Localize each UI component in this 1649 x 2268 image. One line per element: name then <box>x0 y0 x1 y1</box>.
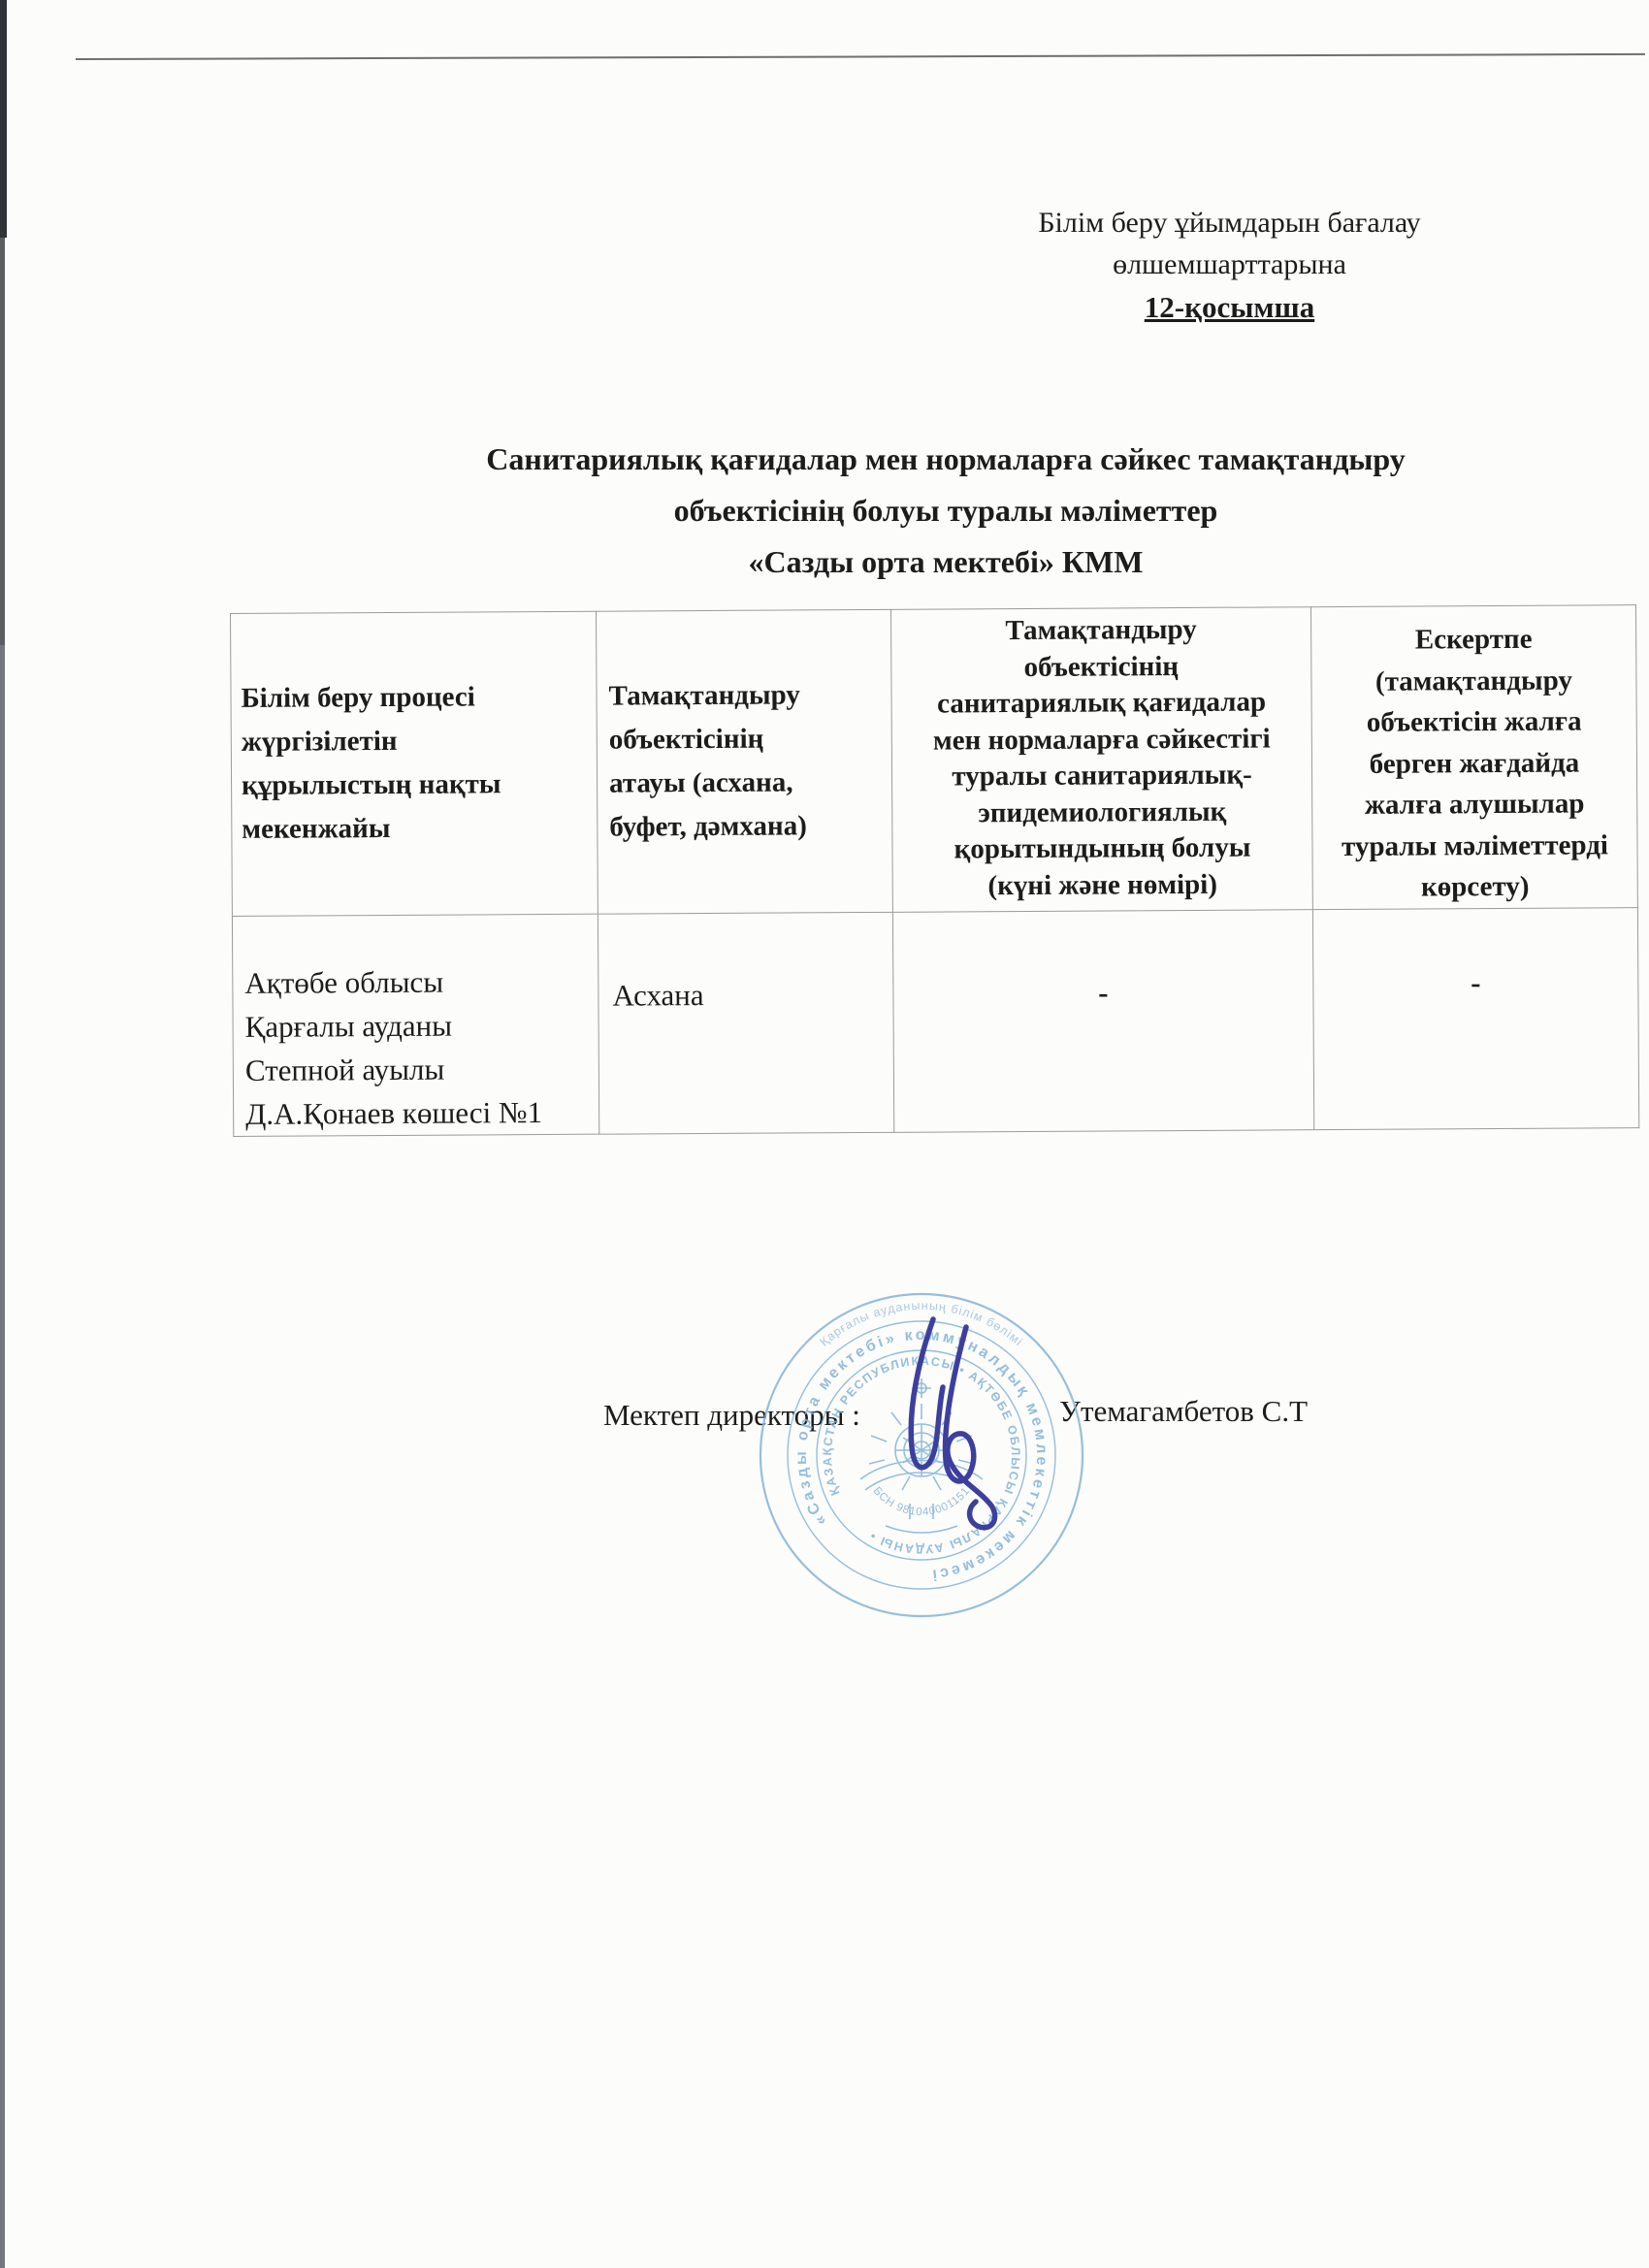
header-sanitary-conclusion: Тамақтандыру объектісінің санитариялық қ… <box>890 607 1312 912</box>
cell-sanitary-conclusion: - <box>892 909 1313 1132</box>
scan-left-edge-dark <box>0 0 7 238</box>
stamp-and-signature-area: Қарғалы ауданының білім бөлімі «Сазды ор… <box>752 1285 1140 1625</box>
appendix-number: 12-қосымша <box>1009 286 1450 328</box>
official-stamp-icon: Қарғалы ауданының білім бөлімі «Сазды ор… <box>760 1294 1083 1616</box>
table-header-row: Білім беру процесі жүргізілетін құрылыст… <box>231 605 1638 916</box>
table-row: Ақтөбе облысы Қарғалы ауданы Степной ауы… <box>232 907 1638 1136</box>
stamp-bin-text: БСН 981040001151 <box>871 1485 973 1518</box>
catering-info-table: Білім беру процесі жүргізілетін құрылыст… <box>230 604 1639 1136</box>
title-line1: Санитариялық қағидалар мен нормаларға сә… <box>242 434 1649 485</box>
header-facility-name: Тамақтандыру объектісінің атауы (асхана,… <box>596 609 892 913</box>
scan-left-edge-mid <box>0 238 5 645</box>
cell-facility-name: Асхана <box>598 912 893 1134</box>
title-line3-school-name: «Сазды орта мектебі» КММ <box>242 536 1649 588</box>
catering-info-table-wrap: Білім беру процесі жүргізілетін құрылыст… <box>230 604 1639 1136</box>
scan-top-page-edge-line <box>76 53 1645 60</box>
header-note: Ескертпе (тамақтандыру объектісін жалға … <box>1310 605 1637 910</box>
header-address: Білім беру процесі жүргізілетін құрылыст… <box>231 611 598 916</box>
title-line2: объектісінің болуы туралы мәліметтер <box>242 485 1649 536</box>
appendix-note-line2: өлшемшарттарына <box>1009 243 1450 285</box>
appendix-note-line1: Білім беру ұйымдарын бағалау <box>1009 202 1450 243</box>
appendix-note: Білім беру ұйымдарын бағалау өлшемшартта… <box>1009 202 1450 328</box>
cell-note: - <box>1312 907 1638 1129</box>
scanned-document-page: { "document": { "appendix_note": { "line… <box>0 0 1649 2268</box>
document-title: Санитариялық қағидалар мен нормаларға сә… <box>242 434 1649 588</box>
cell-address: Ақтөбе облысы Қарғалы ауданы Степной ауы… <box>232 914 598 1136</box>
